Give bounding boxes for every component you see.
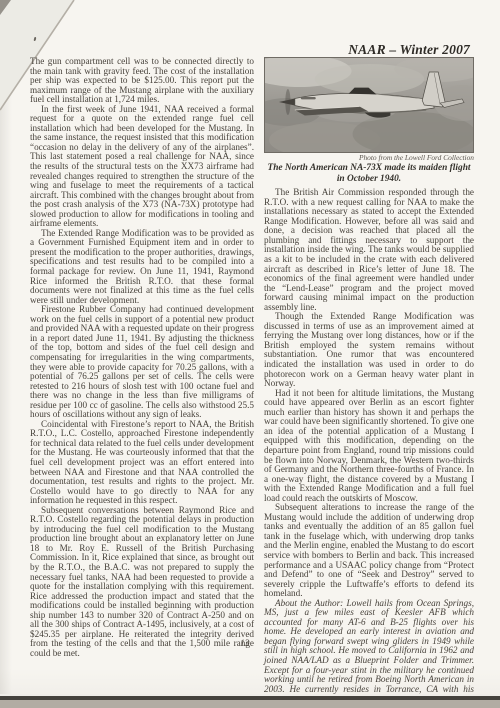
photo-caption: The North American NA-73X made its maide… <box>264 163 474 184</box>
about-the-author-paragraph: About the Author: Lowell hails from Ocea… <box>264 599 474 705</box>
scanned-page: NAAR – Winter 2007 The gun compartment c… <box>0 0 500 708</box>
na-73x-photo <box>264 57 474 153</box>
bottom-scan-edge <box>0 694 500 708</box>
article-columns: The gun compartment cell was to be conne… <box>30 57 474 705</box>
left-paragraph-1: The gun compartment cell was to be conne… <box>30 57 254 105</box>
left-paragraph-3: The Extended Range Modification was to b… <box>30 229 254 305</box>
right-paragraph-1: The British Air Commission responded thr… <box>264 188 474 312</box>
right-paragraph-4: Subsequent alterations to increase the r… <box>264 503 474 598</box>
left-paragraph-6: Subsequent conversations between Raymond… <box>30 506 254 659</box>
right-paragraph-3: Had it not been for altitude limitations… <box>264 389 474 504</box>
photo-credit: Photo from the Lowell Ford Collection <box>264 154 474 162</box>
left-paragraph-4: Firestone Rubber Company had continued d… <box>30 305 254 420</box>
about-the-author-text: About the Author: Lowell hails from Ocea… <box>264 598 474 703</box>
left-column: The gun compartment cell was to be conne… <box>30 57 254 705</box>
left-paragraph-5: Coincidental with Firestone’s report to … <box>30 420 254 506</box>
left-paragraph-2: In the first week of June 1941, NAA rece… <box>30 105 254 229</box>
issue-header: NAAR – Winter 2007 <box>348 42 470 58</box>
page-number: 13 <box>240 638 250 649</box>
right-column: Photo from the Lowell Ford Collection Th… <box>264 57 474 705</box>
right-paragraph-2: Though the Extended Range Modification w… <box>264 312 474 388</box>
aircraft-photo-figure: Photo from the Lowell Ford Collection Th… <box>264 57 474 184</box>
